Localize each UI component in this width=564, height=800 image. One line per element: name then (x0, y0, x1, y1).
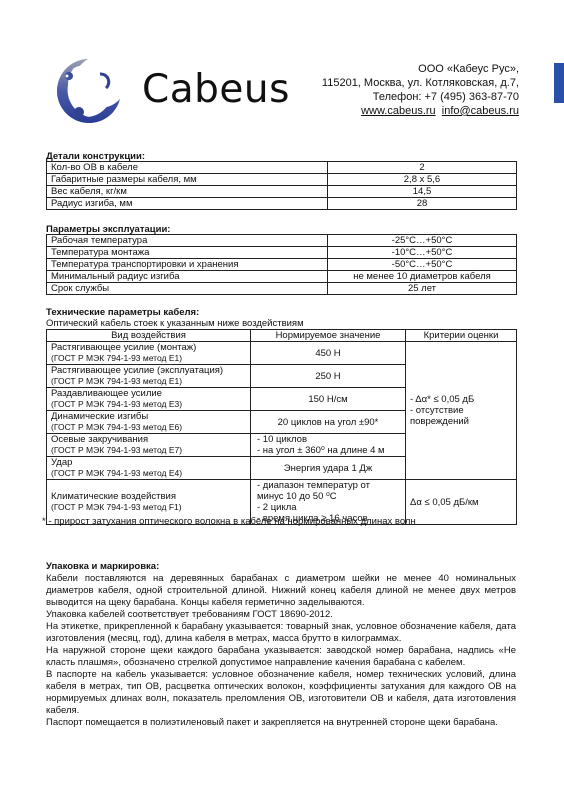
packaging-paragraph: Паспорт помещается в полиэтиленовый паке… (46, 717, 516, 729)
row-value: 28 (328, 198, 517, 210)
row-value: -10°C…+50°C (328, 247, 517, 259)
impact-name: Удар (51, 457, 246, 468)
table-row: Температура транспортировки и хранения-5… (47, 259, 517, 271)
criteria-line: - Δα* ≤ 0,05 дБ (410, 394, 512, 405)
criteria-line: - отсутствие (410, 405, 512, 416)
header-value: Нормируемое значение (251, 330, 406, 342)
table-row: Рабочая температура-25°C…+50°C (47, 235, 517, 247)
company-name: ООО «Кабеус Рус», (322, 62, 519, 76)
packaging-paragraph: На этикетке, прикрепленной к барабану ук… (46, 621, 516, 645)
email-link[interactable]: info@cabeus.ru (442, 105, 519, 117)
row-label: Радиус изгиба, мм (47, 198, 328, 210)
operation-table: Рабочая температура-25°C…+50°C Температу… (46, 234, 517, 295)
impact-cell: Растягивающее усилие (монтаж)(ГОСТ Р МЭК… (47, 342, 251, 365)
technical-table: Вид воздействия Нормируемое значение Кри… (46, 329, 517, 525)
impact-name: Динамические изгибы (51, 411, 246, 422)
norm-value: 250 Н (251, 365, 406, 388)
impact-gost: (ГОСТ Р МЭК 794-1-93 метод E6) (51, 422, 246, 433)
impact-gost: (ГОСТ Р МЭК 794-1-93 метод E1) (51, 376, 246, 387)
impact-name: Осевые закручивания (51, 434, 246, 445)
norm-value: Энергия удара 1 Дж (251, 457, 406, 480)
impact-gost: (ГОСТ Р МЭК 794-1-93 метод E4) (51, 468, 246, 479)
impact-gost: (ГОСТ Р МЭК 794-1-93 метод E7) (51, 445, 246, 456)
impact-gost: (ГОСТ Р МЭК 794-1-93 метод E3) (51, 399, 246, 410)
value-line: - 2 цикла (257, 502, 401, 513)
norm-value: 450 Н (251, 342, 406, 365)
criteria-climatic: Δα ≤ 0,05 дБ/км (406, 480, 517, 525)
row-label: Температура монтажа (47, 247, 328, 259)
row-label: Габаритные размеры кабеля, мм (47, 174, 328, 186)
row-label: Срок службы (47, 283, 328, 295)
row-label: Кол-во ОВ в кабеле (47, 162, 328, 174)
norm-value: 20 циклов на угол ±90* (251, 411, 406, 434)
row-label: Температура транспортировки и хранения (47, 259, 328, 271)
row-label: Вес кабеля, кг/км (47, 186, 328, 198)
impact-cell: Динамические изгибы(ГОСТ Р МЭК 794-1-93 … (47, 411, 251, 434)
impact-name: Климатические воздействия (51, 491, 246, 502)
table-row: Температура монтажа-10°C…+50°C (47, 247, 517, 259)
impact-name: Раздавливающее усилие (51, 388, 246, 399)
row-value: 2,8 x 5,6 (328, 174, 517, 186)
row-value: не менее 10 диаметров кабеля (328, 271, 517, 283)
value-line: минус 10 до 50 ⁰С (257, 491, 401, 502)
footnote: * - прирост затухания оптического волокн… (42, 516, 416, 527)
row-value: 25 лет (328, 283, 517, 295)
website-link[interactable]: www.cabeus.ru (361, 105, 436, 117)
technical-subtitle: Оптический кабель стоек к указанным ниже… (46, 318, 304, 329)
impact-cell: Удар(ГОСТ Р МЭК 794-1-93 метод E4) (47, 457, 251, 480)
table-row: Радиус изгиба, мм28 (47, 198, 517, 210)
packaging-paragraph: В паспорте на кабель указывается: условн… (46, 669, 516, 717)
brand-name: Cabeus (142, 67, 290, 112)
norm-value: 150 Н/см (251, 388, 406, 411)
packaging-paragraph: Кабели поставляются на деревянных бараба… (46, 573, 516, 609)
construction-table: Кол-во ОВ в кабеле2 Габаритные размеры к… (46, 161, 517, 210)
packaging-paragraph: На наружной стороне щеки каждого барабан… (46, 645, 516, 669)
row-label: Минимальный радиус изгиба (47, 271, 328, 283)
technical-title: Технические параметры кабеля: (46, 307, 199, 318)
table-header: Вид воздействия Нормируемое значение Кри… (47, 330, 517, 342)
logo-crescent-icon (48, 55, 128, 127)
row-value: -25°C…+50°C (328, 235, 517, 247)
impact-cell: Осевые закручивания(ГОСТ Р МЭК 794-1-93 … (47, 434, 251, 457)
impact-cell: Раздавливающее усилие(ГОСТ Р МЭК 794-1-9… (47, 388, 251, 411)
row-value: 2 (328, 162, 517, 174)
impact-gost: (ГОСТ Р МЭК 794-1-93 метод E1) (51, 353, 246, 364)
packaging-paragraph: Упаковка кабелей соответствует требовани… (46, 609, 516, 621)
table-row: Вес кабеля, кг/км14,5 (47, 186, 517, 198)
table-row: Минимальный радиус изгибане менее 10 диа… (47, 271, 517, 283)
row-value: 14,5 (328, 186, 517, 198)
table-row: Кол-во ОВ в кабеле2 (47, 162, 517, 174)
value-line: - диапазон температур от (257, 480, 401, 491)
impact-gost: (ГОСТ Р МЭК 794-1-93 метод F1) (51, 502, 246, 513)
company-address: 115201, Москва, ул. Котляковская, д.7, (322, 76, 519, 90)
impact-name: Растягивающее усилие (монтаж) (51, 342, 246, 353)
table-row: Габаритные размеры кабеля, мм2,8 x 5,6 (47, 174, 517, 186)
table-row: Срок службы25 лет (47, 283, 517, 295)
company-contacts: ООО «Кабеус Рус», 115201, Москва, ул. Ко… (322, 62, 519, 118)
criteria-line: повреждений (410, 416, 512, 427)
value-line: - на угол ± 360⁰ на длине 4 м (257, 445, 401, 456)
packaging-title: Упаковка и маркировка: (46, 561, 159, 572)
table-row: Растягивающее усилие (монтаж)(ГОСТ Р МЭК… (47, 342, 517, 365)
blue-side-tab (554, 63, 564, 103)
impact-name: Растягивающее усилие (эксплуатация) (51, 365, 246, 376)
cabeus-logo: Cabeus (48, 55, 278, 127)
impact-cell: Растягивающее усилие (эксплуатация)(ГОСТ… (47, 365, 251, 388)
row-value: -50°C…+50°C (328, 259, 517, 271)
header-criteria: Критерии оценки (406, 330, 517, 342)
company-phone: Телефон: +7 (495) 363-87-70 (322, 90, 519, 104)
row-label: Рабочая температура (47, 235, 328, 247)
criteria-mechanical: - Δα* ≤ 0,05 дБ - отсутствие повреждений (406, 342, 517, 480)
value-line: - 10 циклов (257, 434, 401, 445)
norm-value: - 10 циклов- на угол ± 360⁰ на длине 4 м (251, 434, 406, 457)
header-impact: Вид воздействия (47, 330, 251, 342)
